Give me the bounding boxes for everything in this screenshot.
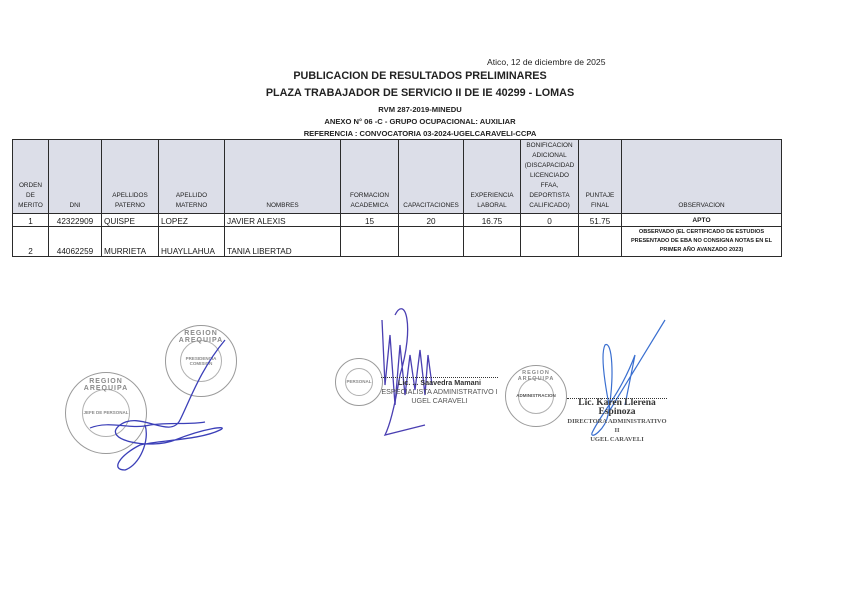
document-date: Atico, 12 de diciembre de 2025 [487, 57, 605, 67]
cell-formacion [341, 227, 399, 257]
cell-formacion: 15 [341, 214, 399, 227]
cell-bonificacion [521, 227, 579, 257]
col-puntaje: PUNTAJE FINAL [579, 140, 622, 214]
signer-role: DIRECTORA ADMINISTRATIVO II [567, 417, 667, 435]
cell-bonificacion: 0 [521, 214, 579, 227]
cell-puntaje [579, 227, 622, 257]
signer-block-right: Lic. Karen Llerena Espinoza DIRECTORA AD… [567, 398, 667, 444]
signer-name: Lic. ... Saavedra Mamani [381, 378, 498, 387]
table-header-row: ORDEN DE MERITO DNI APELLIDOS PATERNO AP… [13, 140, 782, 214]
col-apellido-paterno: APELLIDOS PATERNO [102, 140, 159, 214]
cell-orden: 1 [13, 214, 49, 227]
annex-line: ANEXO N° 06 -C - GRUPO OCUPACIONAL: AUXI… [200, 117, 640, 126]
signer-office: UGEL CARAVELI [567, 435, 667, 444]
cell-nombres: TANIA LIBERTAD [225, 227, 341, 257]
signer-role: ESPECIALISTA ADMINISTRATIVO I [381, 387, 498, 396]
results-table: ORDEN DE MERITO DNI APELLIDOS PATERNO AP… [12, 139, 782, 257]
handwritten-signature-left [80, 330, 240, 480]
cell-capacitaciones: 20 [399, 214, 464, 227]
signer-office: UGEL CARAVELI [381, 396, 498, 405]
col-bonificacion: BONIFICACION ADICIONAL (DISCAPACIDAD LIC… [521, 140, 579, 214]
handwritten-signature-mid [370, 295, 440, 435]
signer-name: Lic. Karen Llerena Espinoza [567, 399, 667, 417]
cell-nombres: JAVIER ALEXIS [225, 214, 341, 227]
col-dni: DNI [49, 140, 102, 214]
cell-materno: LOPEZ [159, 214, 225, 227]
reference-line: REFERENCIA : CONVOCATORIA 03-2024-UGELCA… [200, 129, 640, 138]
shield-icon: ADMINISTRACION [518, 378, 555, 415]
col-experiencia: EXPERIENCIA LABORAL [464, 140, 521, 214]
col-capacitaciones: CAPACITACIONES [399, 140, 464, 214]
cell-orden: 2 [13, 227, 49, 257]
cell-capacitaciones [399, 227, 464, 257]
col-orden: ORDEN DE MERITO [13, 140, 49, 214]
document-title: PUBLICACION DE RESULTADOS PRELIMINARES [200, 70, 640, 82]
cell-paterno: MURRIETA [102, 227, 159, 257]
cell-observacion: APTO [622, 214, 782, 227]
resolution-line: RVM 287-2019-MINEDU [200, 105, 640, 114]
stamp-center-text: PERSONAL [346, 379, 371, 384]
col-apellido-materno: APELLIDO MATERNO [159, 140, 225, 214]
cell-observacion: OBSERVADO (EL CERTIFICADO DE ESTUDIOS PR… [622, 227, 782, 257]
stamp-ring-text: REGION AREQUIPA [506, 370, 566, 382]
stamp-center-text: ADMINISTRACION [516, 393, 556, 398]
cell-experiencia: 16.75 [464, 214, 521, 227]
cell-experiencia [464, 227, 521, 257]
cell-paterno: QUISPE [102, 214, 159, 227]
signer-block-mid: Lic. ... Saavedra Mamani ESPECIALISTA AD… [381, 377, 498, 405]
document-subtitle: PLAZA TRABAJADOR DE SERVICIO II DE IE 40… [200, 87, 640, 99]
cell-puntaje: 51.75 [579, 214, 622, 227]
table-row: 1 42322909 QUISPE LOPEZ JAVIER ALEXIS 15… [13, 214, 782, 227]
official-stamp-administracion: REGION AREQUIPA ADMINISTRACION [505, 365, 567, 427]
table-row: 2 44062259 MURRIETA HUAYLLAHUA TANIA LIB… [13, 227, 782, 257]
cell-materno: HUAYLLAHUA [159, 227, 225, 257]
col-formacion: FORMACION ACADEMICA [341, 140, 399, 214]
cell-dni: 44062259 [49, 227, 102, 257]
cell-dni: 42322909 [49, 214, 102, 227]
col-nombres: NOMBRES [225, 140, 341, 214]
col-observacion: OBSERVACION [622, 140, 782, 214]
